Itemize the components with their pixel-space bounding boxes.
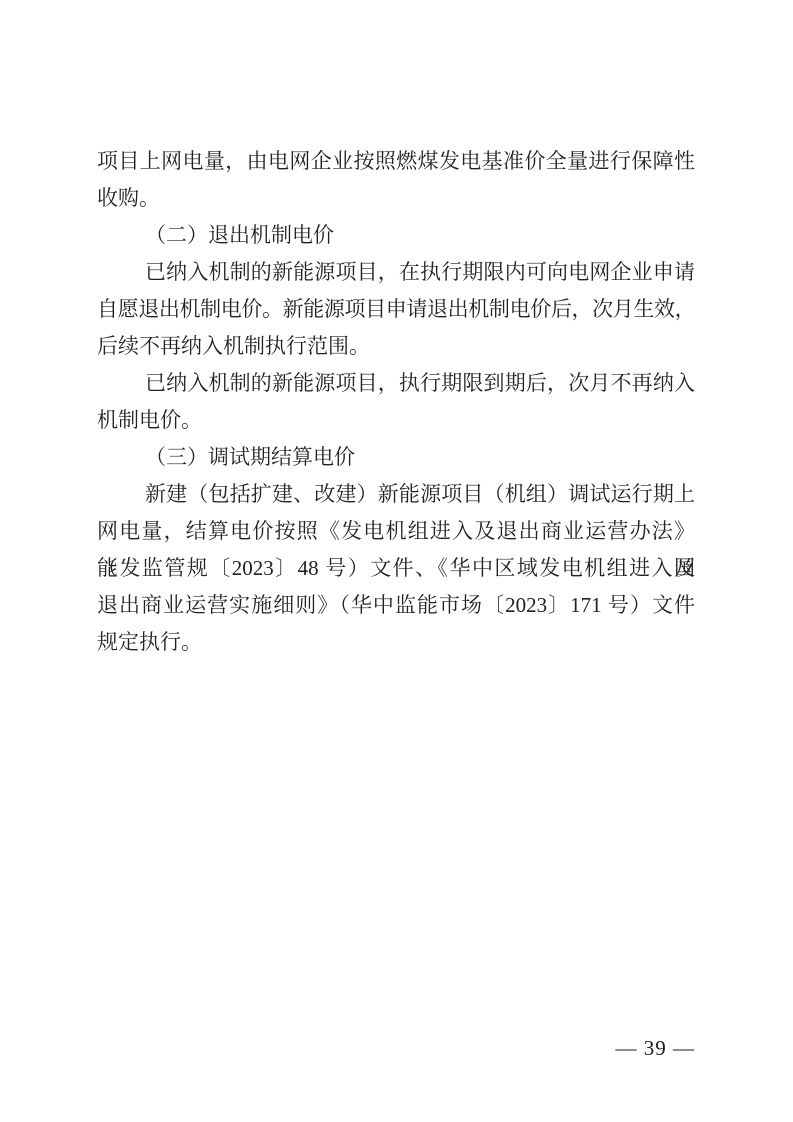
body-line: 已纳入机制的新能源项目，在执行期限内可向电网企业申请 (97, 254, 695, 291)
page-number: — 39 — (616, 1036, 696, 1060)
body-line: 网电量，结算电价按照《发电机组进入及退出商业运营办法》（国 (97, 513, 695, 550)
body-line: 新建（包括扩建、改建）新能源项目（机组）调试运行期上 (97, 476, 695, 513)
body-line: 后续不再纳入机制执行范围。 (97, 328, 695, 365)
body-line: 能发监管规〔2023〕48 号）文件、《华中区域发电机组进入及 (97, 550, 695, 587)
section-heading-2: （二）退出机制电价 (97, 217, 695, 254)
body-line: 已纳入机制的新能源项目，执行期限到期后，次月不再纳入 (97, 365, 695, 402)
body-line: 退出商业运营实施细则》（华中监能市场〔2023〕171 号）文件 (97, 587, 695, 624)
document-page: 项目上网电量，由电网企业按照燃煤发电基准价全量进行保障性 收购。 （二）退出机制… (0, 0, 793, 1122)
body-line: 自愿退出机制电价。新能源项目申请退出机制电价后，次月生效， (97, 291, 695, 328)
section-heading-3: （三）调试期结算电价 (97, 439, 695, 476)
document-body: 项目上网电量，由电网企业按照燃煤发电基准价全量进行保障性 收购。 （二）退出机制… (97, 143, 695, 661)
body-line: 收购。 (97, 180, 695, 217)
body-line: 规定执行。 (97, 624, 695, 661)
body-line: 机制电价。 (97, 402, 695, 439)
body-line: 项目上网电量，由电网企业按照燃煤发电基准价全量进行保障性 (97, 143, 695, 180)
